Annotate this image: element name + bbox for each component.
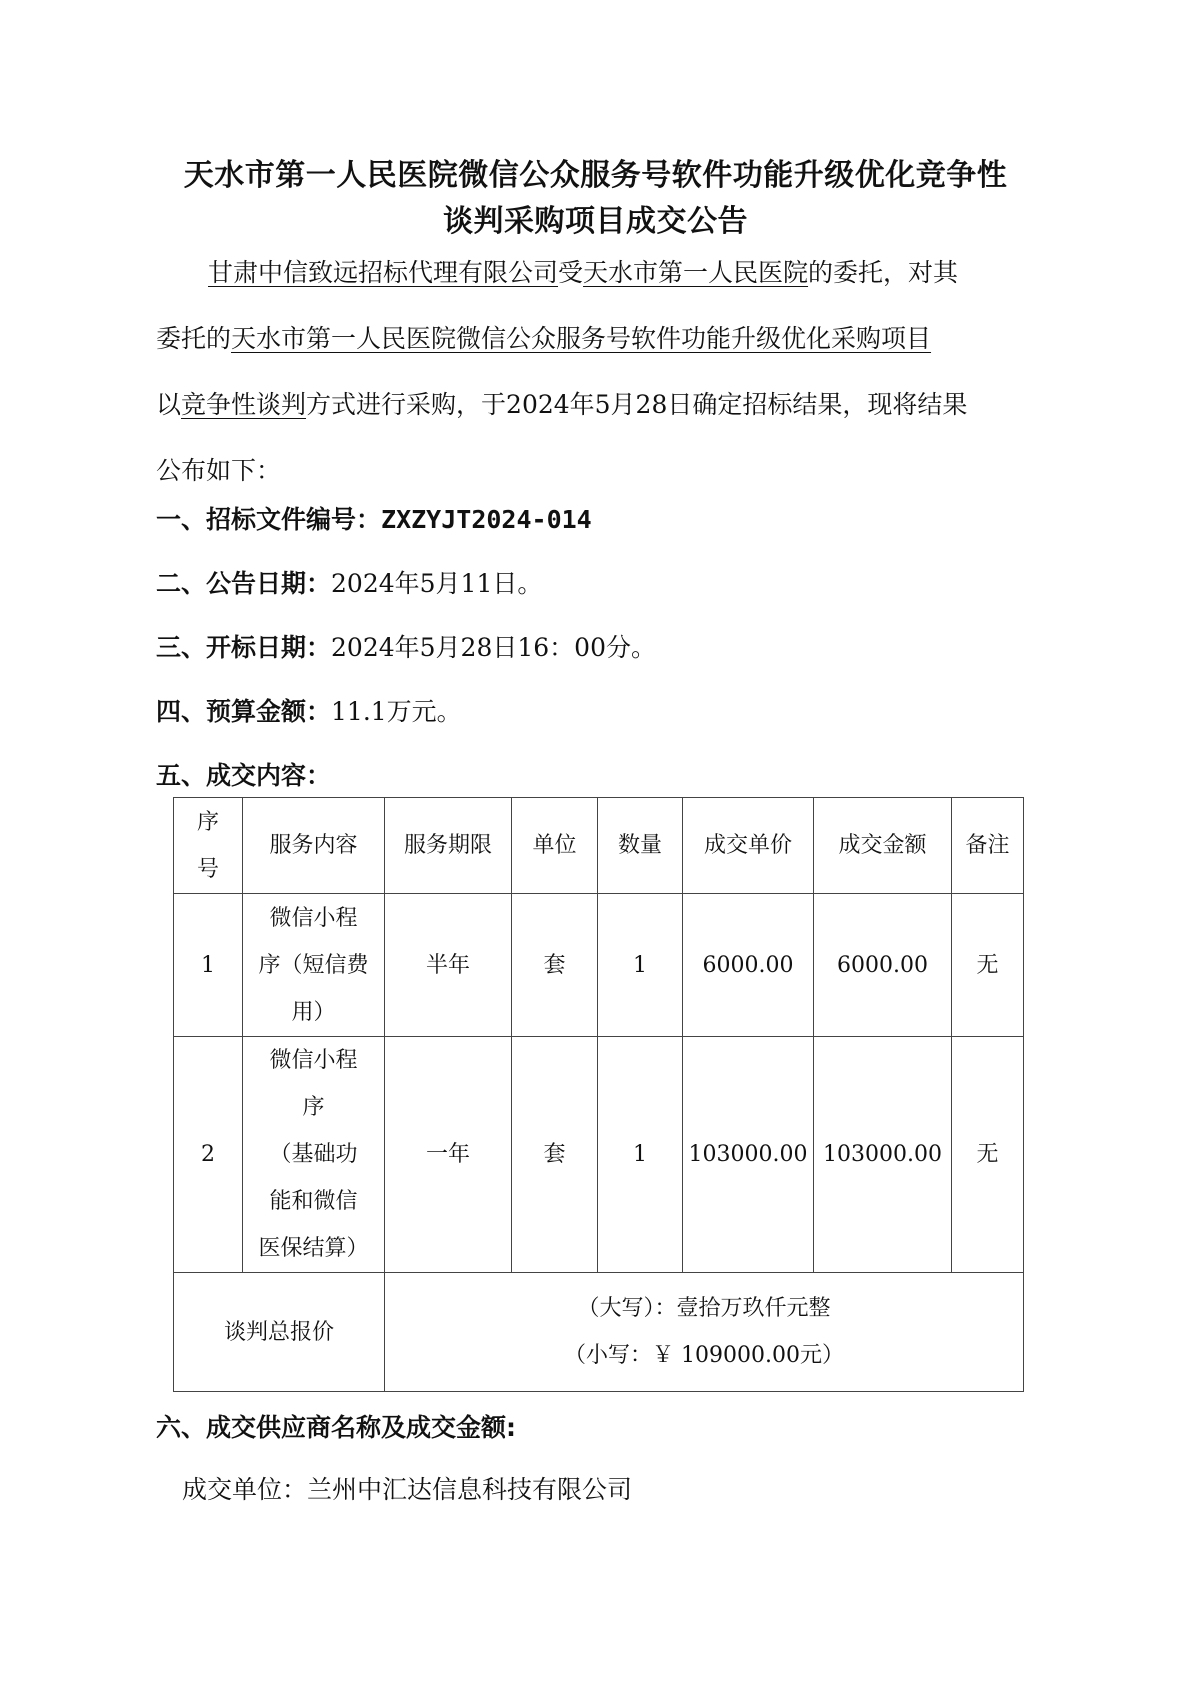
document-title-line-2: 谈判采购项目成交公告	[0, 196, 1191, 240]
service-content: 微信小程序（短信费用）	[243, 894, 385, 1037]
section-deal-content: 五、成交内容：	[156, 756, 331, 792]
header-remark: 备注	[952, 798, 1024, 894]
opening-date: 2024年5月28日16：00分。	[331, 633, 656, 662]
section-opening-date: 三、开标日期：2024年5月28日16：00分。	[156, 628, 656, 664]
client-name: 天水市第一人民医院	[583, 258, 808, 287]
section-budget: 四、预算金额：11.1万元。	[156, 692, 462, 728]
header-content: 服务内容	[243, 798, 385, 894]
section-document-number: 一、招标文件编号：ZXZYJT2024-014	[156, 500, 592, 536]
service-content: 微信小程序（基础功能和微信医保结算）	[243, 1037, 385, 1273]
table-row: 1 微信小程序（短信费用） 半年 套 1 6000.00 6000.00 无	[174, 894, 1024, 1037]
header-unit-price: 成交单价	[683, 798, 814, 894]
agency-name: 甘肃中信致远招标代理有限公司	[208, 258, 558, 287]
table-header-row: 序号 服务内容 服务期限 单位 数量 成交单价 成交金额 备注	[174, 798, 1024, 894]
table-row: 2 微信小程序（基础功能和微信医保结算） 一年 套 1 103000.00 10…	[174, 1037, 1024, 1273]
header-unit: 单位	[512, 798, 598, 894]
header-amount: 成交金额	[814, 798, 952, 894]
total-label: 谈判总报价	[174, 1273, 385, 1392]
header-seq: 序号	[174, 798, 243, 894]
document-title-line-1: 天水市第一人民医院微信公众服务号软件功能升级优化竞争性	[0, 150, 1191, 194]
section-supplier: 六、成交供应商名称及成交金额:	[156, 1408, 516, 1444]
header-qty: 数量	[598, 798, 683, 894]
deal-content-table: 序号 服务内容 服务期限 单位 数量 成交单价 成交金额 备注 1 微信小程序（…	[173, 797, 1024, 1392]
document-number: ZXZYJT2024-014	[381, 505, 592, 534]
section-announcement-date: 二、公告日期：2024年5月11日。	[156, 564, 542, 600]
table-total-row: 谈判总报价 （大写）：壹拾万玖仟元整（小写：￥ 109000.00元）	[174, 1273, 1024, 1392]
header-period: 服务期限	[385, 798, 512, 894]
supplier-name: 成交单位：兰州中汇达信息科技有限公司	[182, 1470, 632, 1506]
intro-paragraph: 甘肃中信致远招标代理有限公司受天水市第一人民医院的委托，对其 委托的天水市第一人…	[156, 240, 1046, 504]
project-name: 天水市第一人民医院微信公众服务号软件功能升级优化采购项目	[231, 324, 931, 353]
announcement-date: 2024年5月11日。	[331, 569, 542, 598]
budget-amount: 11.1万元。	[331, 697, 462, 726]
total-amount: （大写）：壹拾万玖仟元整（小写：￥ 109000.00元）	[385, 1273, 1024, 1392]
procurement-method: 竞争性谈判	[181, 390, 306, 419]
